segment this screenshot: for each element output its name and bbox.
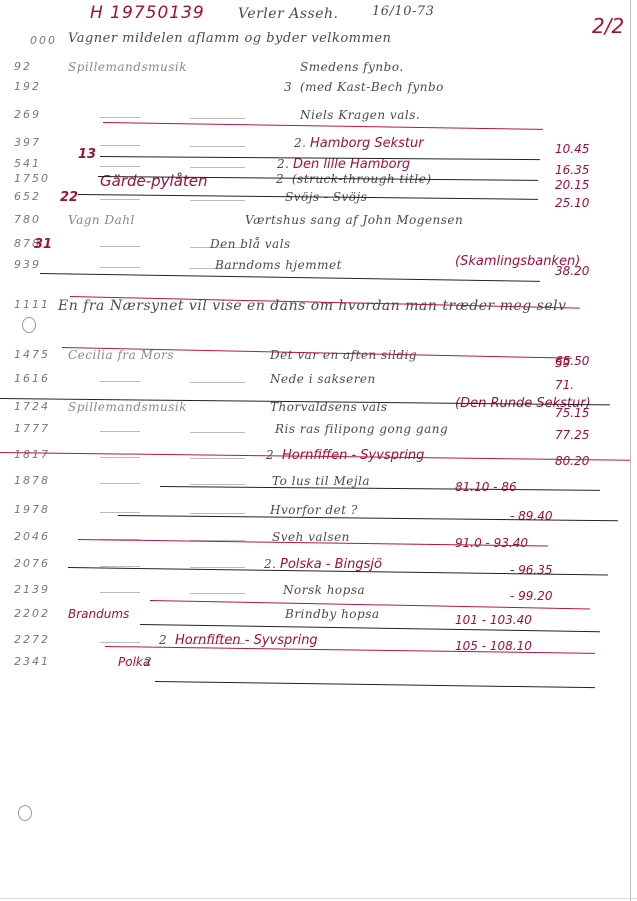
ditto-mark [100,483,140,484]
time-stamp: 65.50 [555,354,589,368]
performer-name: Spillemandsmusik [68,60,187,74]
time-stamp: 16.35 [555,163,589,177]
time-stamp: 81.10 - 86 [455,480,517,494]
performer-name: Cecilia fra Mors [68,348,174,362]
page-edge [630,0,631,901]
tape-counter: 1978 [14,503,50,516]
tape-counter: 192 [14,80,41,93]
side-mark: 13 [78,147,96,162]
entry-note: 2. [294,136,306,150]
tape-counter: 1777 [14,422,50,435]
entry-title: Værtshus sang af John Mogensen [245,213,463,227]
entry-note: 2 [159,633,167,647]
tape-counter: 652 [14,190,41,203]
ditto-mark [190,593,245,594]
time-stamp: - 99.20 [510,589,553,603]
entry-title: To lus til Mejla [272,474,370,488]
tape-counter: 2139 [14,583,50,596]
ditto-mark [100,246,140,247]
tape-counter: 780 [14,213,41,226]
side-mark: 31 [34,237,52,252]
entry-title: Ris ras filipong gong gang [275,422,448,436]
punch-hole [18,805,32,821]
time-stamp: 80.20 [555,454,589,468]
time-stamp: 101 - 103.40 [455,613,532,627]
archive-id: H 19750139 [90,3,205,23]
ditto-mark [100,512,140,513]
tape-counter: 1817 [14,448,50,461]
intro-counter: 000 [30,34,57,47]
ditto-mark [190,167,245,168]
red-rule [103,122,543,130]
tape-counter: 1724 [14,400,50,413]
entry-note: 3 [284,80,292,94]
ditto-mark [100,117,140,118]
time-stamp: - 96.35 [510,563,553,577]
tape-counter: 92 [14,60,32,73]
ditto-mark [190,484,245,485]
time-stamp: - 89.40 [510,509,553,523]
entry-note: 2 [144,655,152,669]
entry-title: Brindby hopsa [285,607,380,621]
entry-note: 2 [276,172,284,186]
ditto-mark [100,166,140,167]
time-stamp: 77.25 [555,428,589,442]
entry-title: Norsk hopsa [283,583,365,597]
tape-counter: 1616 [14,372,50,385]
ditto-mark [190,118,245,119]
time-stamp: 71. [555,378,574,392]
tape-counter: 1878 [14,474,50,487]
punch-hole [22,317,36,333]
entry-title: Smedens fynbo. [300,60,404,74]
tape-counter: 2341 [14,655,50,668]
scanned-document-page: H 19750139 Verler Asseh. 16/10-73 2/2 00… [0,0,637,901]
entry-note: 2. [277,157,289,171]
time-stamp: 75.15 [555,406,589,420]
ditto-mark [100,145,140,146]
ditto-mark [100,199,140,200]
performer-name: Vagn Dahl [68,213,135,227]
time-stamp: 25.10 [555,196,589,210]
entry-title: Det var en aften sildig [270,348,417,362]
performer-name: Spillemandsmusik [68,400,187,414]
entry-title: Barndoms hjemmet [215,258,342,272]
time-stamp: 38.20 [555,264,589,278]
tape-counter: 541 [14,157,41,170]
performer-name: Brandums [68,607,129,621]
entry-title: (med Kast-Bech fynbo [300,80,444,94]
ditto-mark [190,200,245,201]
entry-title: Den blå vals [210,237,291,251]
document-date: 16/10-73 [372,4,434,19]
ditto-mark [100,457,140,458]
tape-counter: 269 [14,108,41,121]
rule [160,486,600,491]
ditto-mark [100,592,140,593]
ditto-mark [190,432,245,433]
tape-counter: 397 [14,136,41,149]
ditto-mark [100,431,140,432]
performer-name: Gärde-pylåten [100,172,208,190]
entry-title: Den lille Hamborg [293,157,410,172]
time-stamp: 91.0 - 93.40 [455,536,528,550]
entry-title: Hornfiften - Syvspring [175,633,318,648]
side-mark: 22 [60,190,78,205]
ditto-mark [190,458,245,459]
entry-title: Nede i sakseren [270,372,376,386]
page-edge-bottom [0,898,637,899]
ditto-mark [100,381,140,382]
page-marker: 2/2 [592,14,624,38]
time-stamp: 20.15 [555,178,589,192]
tape-counter: 939 [14,258,41,271]
tape-counter: 2202 [14,607,50,620]
rule [155,681,595,688]
entry-title: Hamborg Sekstur [310,136,424,151]
ditto-mark [100,267,140,268]
tape-counter: 2272 [14,633,50,646]
tape-counter: 1475 [14,348,50,361]
time-stamp: 10.45 [555,142,589,156]
ditto-mark [100,642,140,643]
tape-counter: 1111 [14,298,50,311]
entry-title: Hvorfor det ? [270,503,358,517]
ditto-mark [190,146,245,147]
rule [40,273,540,282]
tape-counter: 2076 [14,557,50,570]
document-title: Verler Asseh. [238,6,338,22]
tape-counter: 2046 [14,530,50,543]
ditto-mark [190,382,245,383]
entry-title: Niels Kragen vals. [300,108,420,122]
tape-counter: 1750 [14,172,50,185]
ditto-mark [190,513,245,514]
intro-text: Vagner mildelen aflamm og byder velkomme… [68,31,391,46]
